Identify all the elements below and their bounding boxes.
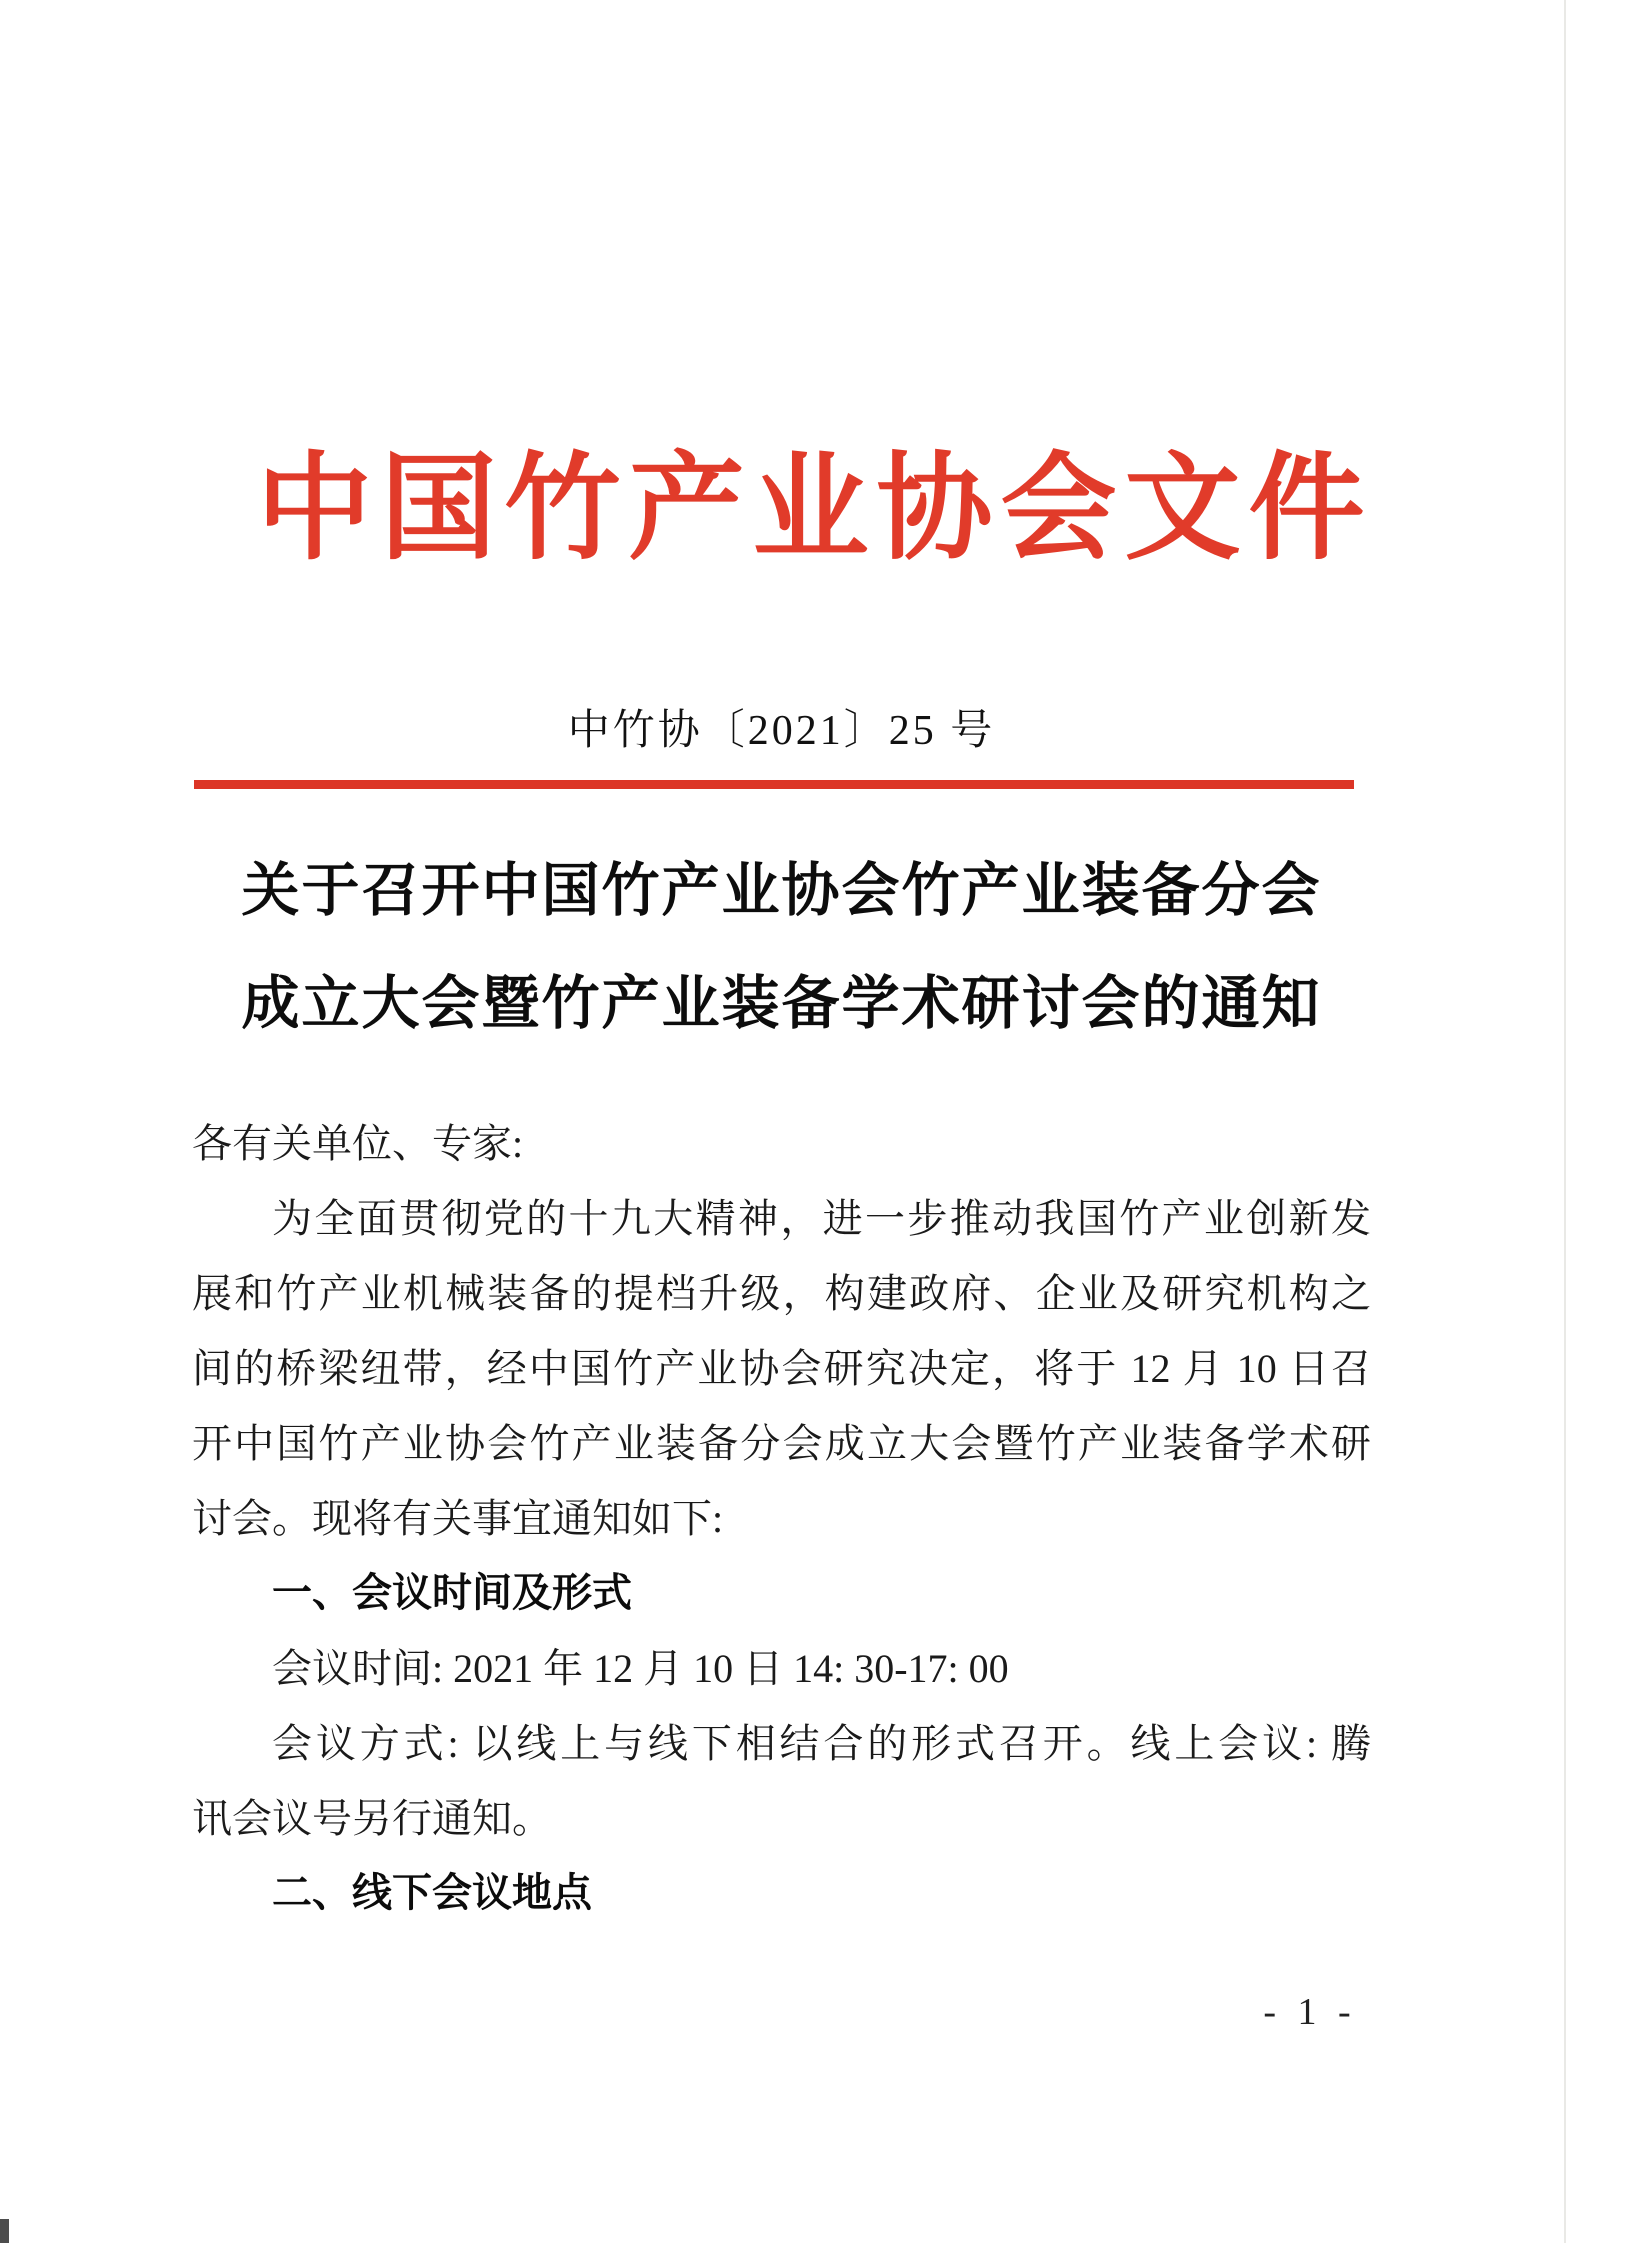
scanned-document-page: 中国竹产业协会文件 中竹协〔2021〕25 号 关于召开中国竹产业协会竹产业装备… bbox=[0, 0, 1629, 2243]
document-title: 关于召开中国竹产业协会竹产业装备分会 成立大会暨竹产业装备学术研讨会的通知 bbox=[192, 834, 1371, 1060]
page-number: - 1 - bbox=[1220, 1990, 1400, 2034]
body-line: 展和竹产业机械装备的提档升级，构建政府、企业及研究机构之 bbox=[192, 1256, 1371, 1331]
document-title-line-2: 成立大会暨竹产业装备学术研讨会的通知 bbox=[192, 947, 1371, 1060]
body-line: 为全面贯彻党的十九大精神，进一步推动我国竹产业创新发 bbox=[192, 1181, 1371, 1256]
document-number: 中竹协〔2021〕25 号 bbox=[192, 697, 1371, 757]
body-line: 讨会。现将有关事宜通知如下: bbox=[192, 1481, 1371, 1556]
body-line: 开中国竹产业协会竹产业装备分会成立大会暨竹产业装备学术研 bbox=[192, 1406, 1371, 1481]
body-line: 间的桥梁纽带，经中国竹产业协会研究决定，将于 12 月 10 日召 bbox=[192, 1331, 1371, 1406]
red-separator-rule bbox=[194, 780, 1354, 789]
section-heading-2: 二、线下会议地点 bbox=[192, 1856, 1371, 1931]
scan-page-edge-line bbox=[1564, 0, 1566, 2243]
document-body: 各有关单位、专家: 为全面贯彻党的十九大精神，进一步推动我国竹产业创新发 展和竹… bbox=[192, 1106, 1371, 1931]
document-content: 中竹协〔2021〕25 号 关于召开中国竹产业协会竹产业装备分会 成立大会暨竹产… bbox=[192, 0, 1371, 2243]
section-heading-1: 一、会议时间及形式 bbox=[192, 1556, 1371, 1631]
meeting-mode-line: 会议方式: 以线上与线下相结合的形式召开。线上会议: 腾 bbox=[192, 1706, 1371, 1781]
document-title-line-1: 关于召开中国竹产业协会竹产业装备分会 bbox=[192, 834, 1371, 947]
salutation-line: 各有关单位、专家: bbox=[192, 1106, 1371, 1181]
scan-artifact-mark bbox=[0, 2219, 9, 2243]
body-line: 讯会议号另行通知。 bbox=[192, 1781, 1371, 1856]
meeting-time-line: 会议时间: 2021 年 12 月 10 日 14: 30-17: 00 bbox=[192, 1631, 1371, 1706]
